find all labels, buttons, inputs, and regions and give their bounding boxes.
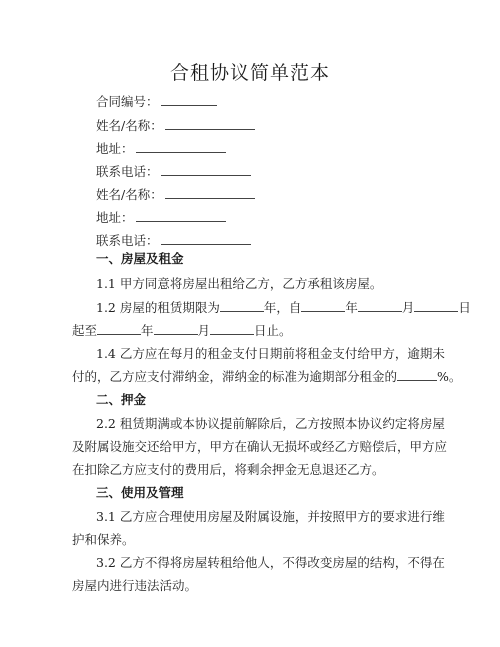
party-a-address-field: 地址： [96, 140, 226, 158]
field-label: 合同编号： [96, 94, 159, 109]
clause-text: 日止。 [254, 323, 292, 338]
field-label: 联系电话： [96, 233, 159, 248]
clause-text: 起至 [72, 323, 97, 338]
lease-years-blank[interactable] [220, 299, 264, 312]
party-a-phone-blank[interactable] [161, 163, 251, 176]
party-a-name-blank[interactable] [165, 117, 255, 130]
clause-text: 月 [198, 323, 211, 338]
clause-text: 日 [458, 300, 471, 315]
clause-3-2-line1: 3.2 乙方不得将房屋转租给他人，不得改变房屋的结构，不得在 [96, 554, 445, 572]
clause-text: 年 [345, 300, 358, 315]
end-day-blank[interactable] [210, 322, 254, 335]
end-year-blank[interactable] [97, 322, 141, 335]
clause-1-1: 1.1 甲方同意将房屋出租给乙方，乙方承租该房屋。 [96, 275, 382, 293]
late-fee-percent-blank[interactable] [397, 368, 437, 381]
party-b-phone-field: 联系电话： [96, 232, 251, 250]
end-month-blank[interactable] [154, 322, 198, 335]
party-b-name-field: 姓名/名称： [96, 186, 255, 204]
clause-2-2-line3: 在扣除乙方应支付的费用后，将剩余押金无息退还乙方。 [72, 461, 385, 479]
start-month-blank[interactable] [358, 299, 402, 312]
clause-3-1-line2: 护和保养。 [72, 531, 135, 549]
section-heading-deposit: 二、押金 [96, 391, 146, 409]
contract-number-blank[interactable] [161, 93, 217, 106]
party-a-address-blank[interactable] [136, 140, 226, 153]
party-b-address-blank[interactable] [136, 209, 226, 222]
clause-1-2-line1: 1.2 房屋的租赁期限为年，自年月日 [96, 299, 471, 317]
party-b-name-blank[interactable] [165, 186, 255, 199]
clause-2-2-line2: 及附属设施交还给甲方，甲方在确认无损坏或经乙方赔偿后，甲方应 [72, 438, 447, 456]
section-heading-usage: 三、使用及管理 [96, 484, 184, 502]
clause-text: %。 [437, 369, 461, 384]
document-page: 合租协议简单范本 合同编号： 姓名/名称： 地址： 联系电话： 姓名/名称： 地… [0, 0, 500, 647]
clause-1-2-line2: 起至年月日止。 [72, 322, 292, 340]
field-label: 地址： [96, 210, 134, 225]
party-b-address-field: 地址： [96, 209, 226, 227]
section-heading-rent: 一、房屋及租金 [96, 250, 184, 268]
field-label: 姓名/名称： [96, 187, 163, 202]
party-a-phone-field: 联系电话： [96, 163, 251, 181]
start-day-blank[interactable] [414, 299, 458, 312]
clause-3-1-line1: 3.1 乙方应合理使用房屋及附属设施，并按照甲方的要求进行维 [96, 508, 445, 526]
field-label: 地址： [96, 141, 134, 156]
clause-2-2-line1: 2.2 租赁期满或本协议提前解除后，乙方按照本协议约定将房屋 [96, 415, 445, 433]
party-b-phone-blank[interactable] [161, 232, 251, 245]
clause-text: 月 [402, 300, 415, 315]
start-year-blank[interactable] [301, 299, 345, 312]
clause-text: 年 [141, 323, 154, 338]
clause-3-2-line2: 房屋内进行违法活动。 [72, 577, 197, 595]
field-label: 姓名/名称： [96, 118, 163, 133]
clause-1-4-line2: 付的，乙方应支付滞纳金，滞纳金的标准为逾期部分租金的%。 [72, 368, 461, 386]
clause-text: 年，自 [264, 300, 302, 315]
contract-number-field: 合同编号： [96, 93, 217, 111]
document-title: 合租协议简单范本 [0, 58, 500, 85]
clause-text: 1.2 房屋的租赁期限为 [96, 300, 220, 315]
party-a-name-field: 姓名/名称： [96, 117, 255, 135]
field-label: 联系电话： [96, 164, 159, 179]
clause-1-4-line1: 1.4 乙方应在每月的租金支付日期前将租金支付给甲方，逾期未 [96, 345, 445, 363]
clause-text: 付的，乙方应支付滞纳金，滞纳金的标准为逾期部分租金的 [72, 369, 397, 384]
